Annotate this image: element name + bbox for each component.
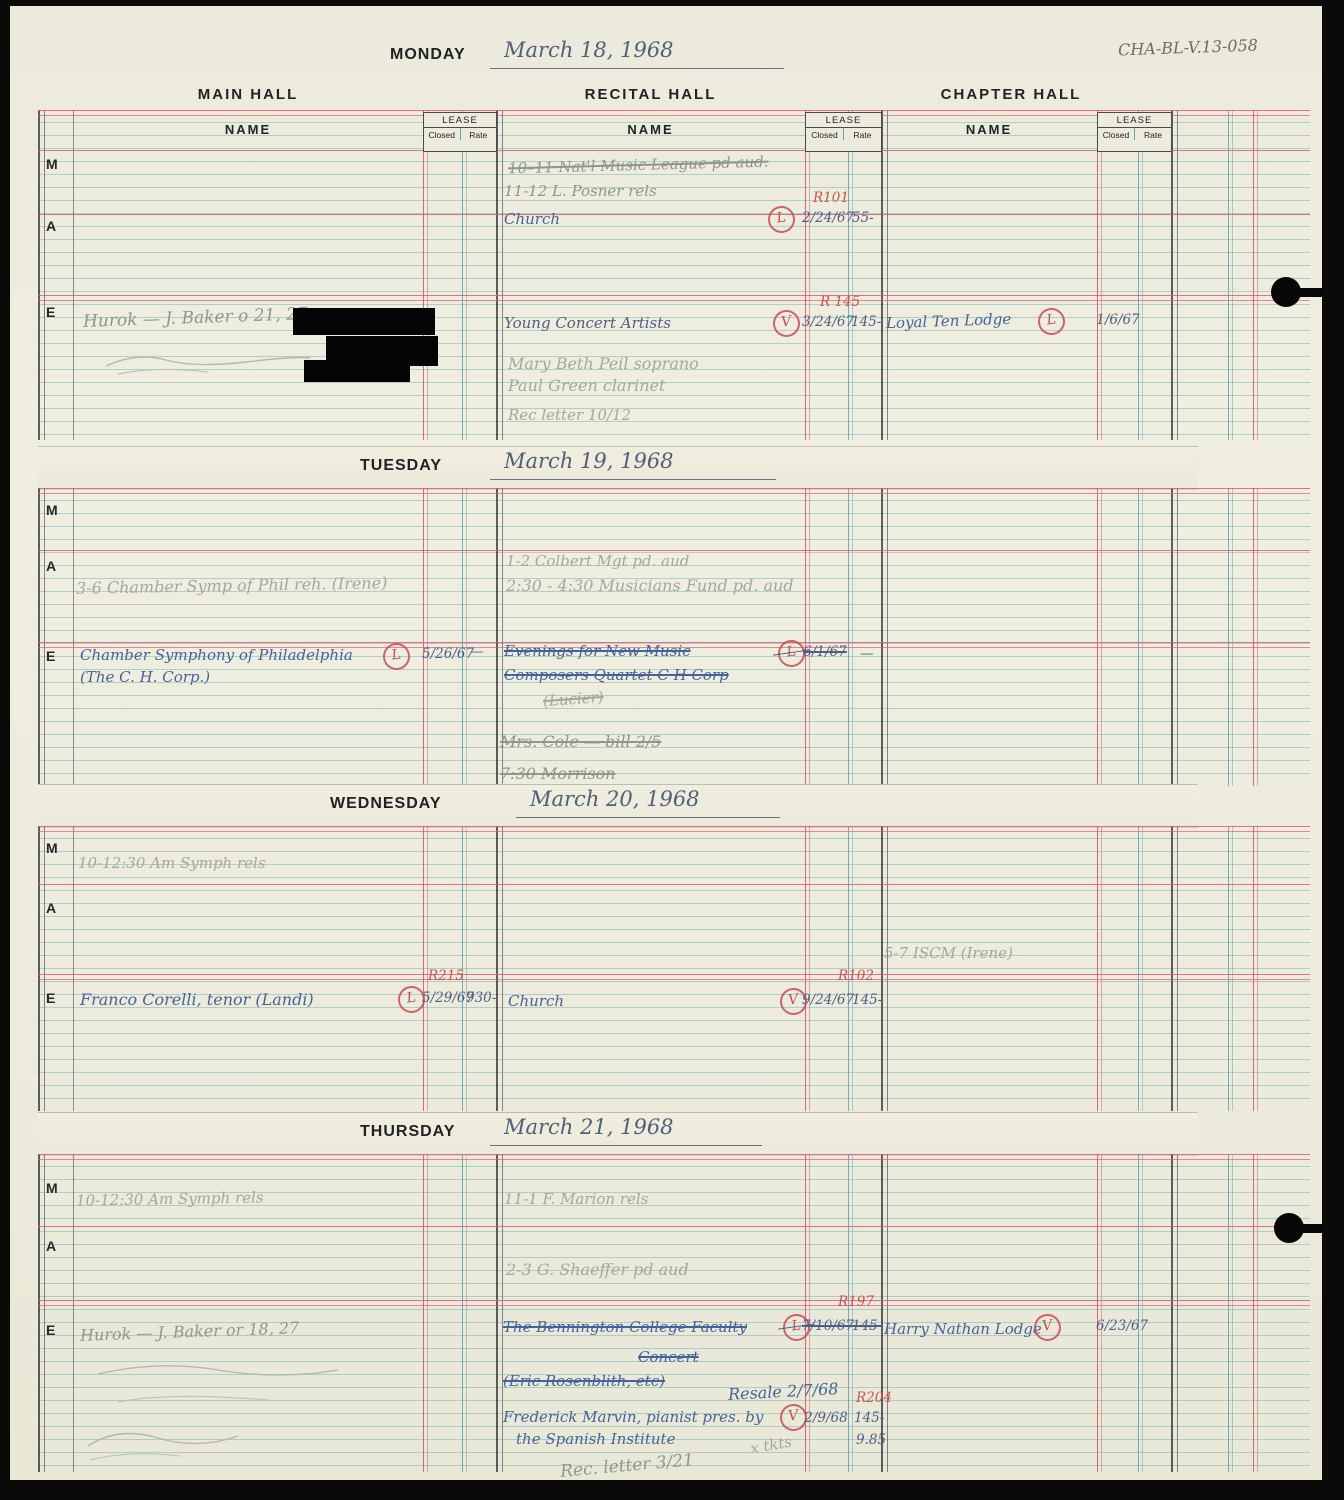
entry: 11-12 L. Posner rels (504, 182, 657, 200)
lease-rate: 145- (852, 992, 882, 1008)
vline (1228, 488, 1233, 786)
row-label-afternoon: A (46, 218, 56, 234)
lease-rate: 145- (854, 1410, 884, 1426)
grid-monday: NAME NAME NAME LEASE ClosedRate LEASE Cl… (38, 110, 1310, 440)
vline (1138, 110, 1143, 440)
vline (805, 110, 810, 440)
lease-closed-date: 6/1/67 (802, 644, 848, 660)
vline (496, 1154, 503, 1472)
vline (848, 1154, 853, 1472)
grid-tuesday: M A E 3-6 Chamber Symp of Phil reh. (Ire… (38, 488, 1310, 786)
rate-label: Rate (1135, 128, 1171, 140)
vline (1097, 110, 1102, 440)
redaction-block (293, 308, 435, 335)
lease-label: LEASE (1098, 113, 1171, 128)
hline (38, 214, 1310, 215)
row-label-morning: M (46, 840, 58, 856)
vline (1228, 826, 1233, 1111)
vline (73, 110, 74, 440)
entry: (Lucier) (542, 688, 604, 710)
entry: 10–11 Nat'l Music League pd aud. (508, 153, 769, 178)
lease-mark: L (1036, 306, 1066, 336)
receipt-number: R 145 (820, 294, 860, 310)
redaction-block (304, 360, 410, 382)
vline (1253, 488, 1258, 786)
lease-closed-date: 3/24/67 (802, 314, 848, 330)
day-label: WEDNESDAY (330, 795, 442, 813)
hline (38, 826, 1310, 832)
grid-wednesday: M A E 10-12:30 Am Symph rels 5-7 ISCM (I… (38, 826, 1310, 1111)
vline (73, 488, 74, 786)
closed-label: Closed (806, 128, 844, 140)
vline (462, 110, 467, 440)
vline (805, 488, 810, 786)
day-label: TUESDAY (360, 457, 442, 475)
lease-header-chapter: LEASE ClosedRate (1097, 112, 1172, 152)
hline (38, 1300, 1310, 1306)
hole-punch-slit (1290, 288, 1322, 297)
entry: 10-12:30 Am Symph rels (76, 1188, 264, 1209)
day-label: THURSDAY (360, 1123, 455, 1141)
hline (38, 1154, 1310, 1160)
entry: Church (504, 210, 560, 228)
vline (423, 1154, 428, 1472)
entry: (Eric Rosenblith, etc) (503, 1372, 665, 1390)
hall-title-recital: RECITAL HALL (496, 86, 805, 103)
vline (881, 826, 888, 1111)
lease-closed-date: 9/24/67 (802, 992, 848, 1008)
rate-label: Rate (461, 128, 497, 140)
vline (1228, 1154, 1233, 1472)
row-label-morning: M (46, 1180, 58, 1196)
vline (881, 488, 888, 786)
entry: the Spanish Institute (516, 1430, 675, 1448)
vline (1253, 826, 1258, 1111)
vline (1097, 1154, 1102, 1472)
col-header-name-recital: NAME (496, 122, 805, 137)
lease-closed-date: 1/6/67 (1096, 312, 1140, 328)
lease-closed-date: 2/9/68 (804, 1410, 848, 1426)
lease-rate: 930- (466, 990, 496, 1006)
col-header-name-chapter: NAME (881, 122, 1097, 137)
lease-mark: L (766, 204, 796, 234)
hline (38, 550, 1310, 551)
vline (462, 488, 467, 786)
entry: (The C. H. Corp.) (80, 668, 210, 686)
lease-rate: 145- (851, 314, 881, 330)
vline (38, 1154, 45, 1472)
lease-closed-date: 7/10/67 (802, 1318, 848, 1334)
receipt-number: R197 (838, 1294, 874, 1310)
vline (881, 110, 888, 440)
lease-rate: — (470, 644, 484, 660)
row-label-evening: E (46, 1322, 55, 1338)
hall-title-main: MAIN HALL (73, 86, 423, 103)
row-label-evening: E (46, 648, 55, 664)
lease-label: LEASE (424, 113, 496, 128)
day-header-wednesday: WEDNESDAY March 20, 1968 (38, 784, 1198, 828)
entry: Resale 2/7/68 (728, 1379, 839, 1404)
entry: Composers Quartet C H Corp (504, 666, 729, 684)
day-label: MONDAY (390, 46, 466, 64)
entry: Hurok — J. Baker or 18, 27 (80, 1318, 300, 1345)
hline (38, 295, 1310, 301)
lease-rate: 145- (852, 1318, 882, 1334)
vline (848, 110, 853, 440)
entry: 3-6 Chamber Symp of Phil reh. (Irene) (76, 573, 388, 597)
receipt-number: R215 (428, 968, 464, 984)
col-header-name-main: NAME (73, 122, 423, 137)
entry: Rec letter 10/12 (508, 406, 631, 424)
vline (73, 1154, 74, 1472)
entry: Paul Green clarinet (508, 376, 665, 395)
entry: Frederick Marvin, pianist pres. by (503, 1408, 763, 1426)
vline (38, 488, 45, 786)
entry: Chamber Symphony of Philadelphia (80, 646, 353, 664)
receipt-number: R101 (813, 190, 849, 206)
row-label-evening: E (46, 304, 55, 320)
receipt-number: R102 (838, 968, 874, 984)
ledger-page: MONDAY March 18, 1968 CHA-BL-V.13-058 MA… (10, 6, 1322, 1480)
vline (1097, 826, 1102, 1111)
lease-mark: V (1032, 1312, 1062, 1342)
hole-punch-slit (1293, 1224, 1322, 1233)
row-label-morning: M (46, 502, 58, 518)
entry: 10-12:30 Am Symph rels (78, 854, 266, 872)
entry: 11-1 F. Marion rels (504, 1190, 648, 1208)
hline (38, 974, 1310, 980)
lease-label: LEASE (806, 113, 881, 128)
entry: Hurok — J. Baker o 21, 27 (83, 304, 308, 332)
hall-titles-row: MAIN HALL RECITAL HALL CHAPTER HALL (38, 86, 1310, 110)
row-label-morning: M (46, 156, 58, 172)
vline (1253, 110, 1258, 440)
day-date-handwritten: March 21, 1968 (490, 1115, 762, 1146)
rate-label: Rate (844, 128, 881, 140)
entry: Rec. letter 3/21 (559, 1450, 694, 1482)
day-header-tuesday: TUESDAY March 19, 1968 (38, 446, 1198, 490)
row-label-evening: E (46, 990, 55, 1006)
grid-thursday: M A E 10-12:30 Am Symph rels 11-1 F. Mar… (38, 1154, 1310, 1472)
entry: 1-2 Colbert Mgt pd. aud (506, 552, 689, 570)
vline (1097, 488, 1102, 786)
entry: x tkts (749, 1432, 794, 1457)
vline (496, 110, 503, 440)
pencil-scribble (98, 346, 318, 380)
lease-rate-secondary: 9.85 (856, 1432, 886, 1448)
entry: The Bennington College Faculty (503, 1318, 747, 1336)
entry: Franco Corelli, tenor (Landi) (80, 990, 314, 1009)
vline (38, 826, 45, 1111)
vline (38, 110, 45, 440)
archive-code: CHA-BL-V.13-058 (1118, 36, 1259, 60)
pencil-scribble (78, 1350, 378, 1470)
lease-closed-date: 6/23/67 (1096, 1318, 1142, 1334)
row-label-afternoon: A (46, 900, 56, 916)
vline (1138, 488, 1143, 786)
closed-label: Closed (1098, 128, 1135, 140)
receipt-number: R204 (856, 1390, 892, 1406)
vline (1171, 110, 1178, 440)
closed-label: Closed (424, 128, 461, 140)
hline (38, 488, 1310, 494)
entry: Mary Beth Peil soprano (508, 354, 699, 373)
hall-title-chapter: CHAPTER HALL (881, 86, 1141, 103)
lease-header-recital: LEASE ClosedRate (805, 112, 882, 152)
entry: Concert (638, 1348, 699, 1366)
vline (73, 826, 74, 1111)
vline (1228, 110, 1233, 440)
vline (1171, 488, 1178, 786)
day-header-monday: MONDAY March 18, 1968 (38, 36, 1198, 82)
vline (423, 110, 428, 440)
entry: Harry Nathan Lodge (884, 1320, 1042, 1338)
vline (848, 488, 853, 786)
row-label-afternoon: A (46, 1238, 56, 1254)
lease-closed-date: 2/24/67 (802, 210, 848, 226)
vline (462, 1154, 467, 1472)
lease-closed-date: 5/26/67 (422, 646, 464, 662)
entry: Church (508, 992, 564, 1010)
lease-closed-date: 5/29/67 (422, 990, 464, 1006)
row-label-afternoon: A (46, 558, 56, 574)
vline (1138, 1154, 1143, 1472)
vline (805, 826, 810, 1111)
entry: 2:30 - 4:30 Musicians Fund pd. aud (506, 576, 794, 595)
day-header-thursday: THURSDAY March 21, 1968 (38, 1112, 1198, 1156)
lease-rate: 55- (852, 210, 874, 226)
entry: 2-3 G. Shaeffer pd aud (506, 1260, 689, 1279)
entry: Mrs. Cole — bill 2/5 (500, 732, 661, 751)
vline (1253, 1154, 1258, 1472)
entry: 7:30 Morrison (500, 764, 616, 783)
hline (38, 884, 1310, 885)
vline (1171, 1154, 1178, 1472)
day-date-handwritten: March 19, 1968 (490, 449, 776, 480)
entry: Loyal Ten Lodge (886, 310, 1012, 332)
entry: Evenings for New Music (504, 642, 691, 660)
vline (423, 488, 428, 786)
entry: Young Concert Artists (504, 314, 671, 332)
lease-rate: — (860, 646, 874, 662)
day-date-handwritten: March 18, 1968 (490, 38, 784, 69)
entry: 5-7 ISCM (Irene) (884, 944, 1013, 962)
vline (496, 826, 503, 1111)
day-date-handwritten: March 20, 1968 (516, 787, 780, 818)
hline (38, 1226, 1310, 1227)
lease-header-main: LEASE ClosedRate (423, 112, 497, 152)
vline (1171, 826, 1178, 1111)
lease-mark: V (771, 308, 801, 338)
vline (1138, 826, 1143, 1111)
